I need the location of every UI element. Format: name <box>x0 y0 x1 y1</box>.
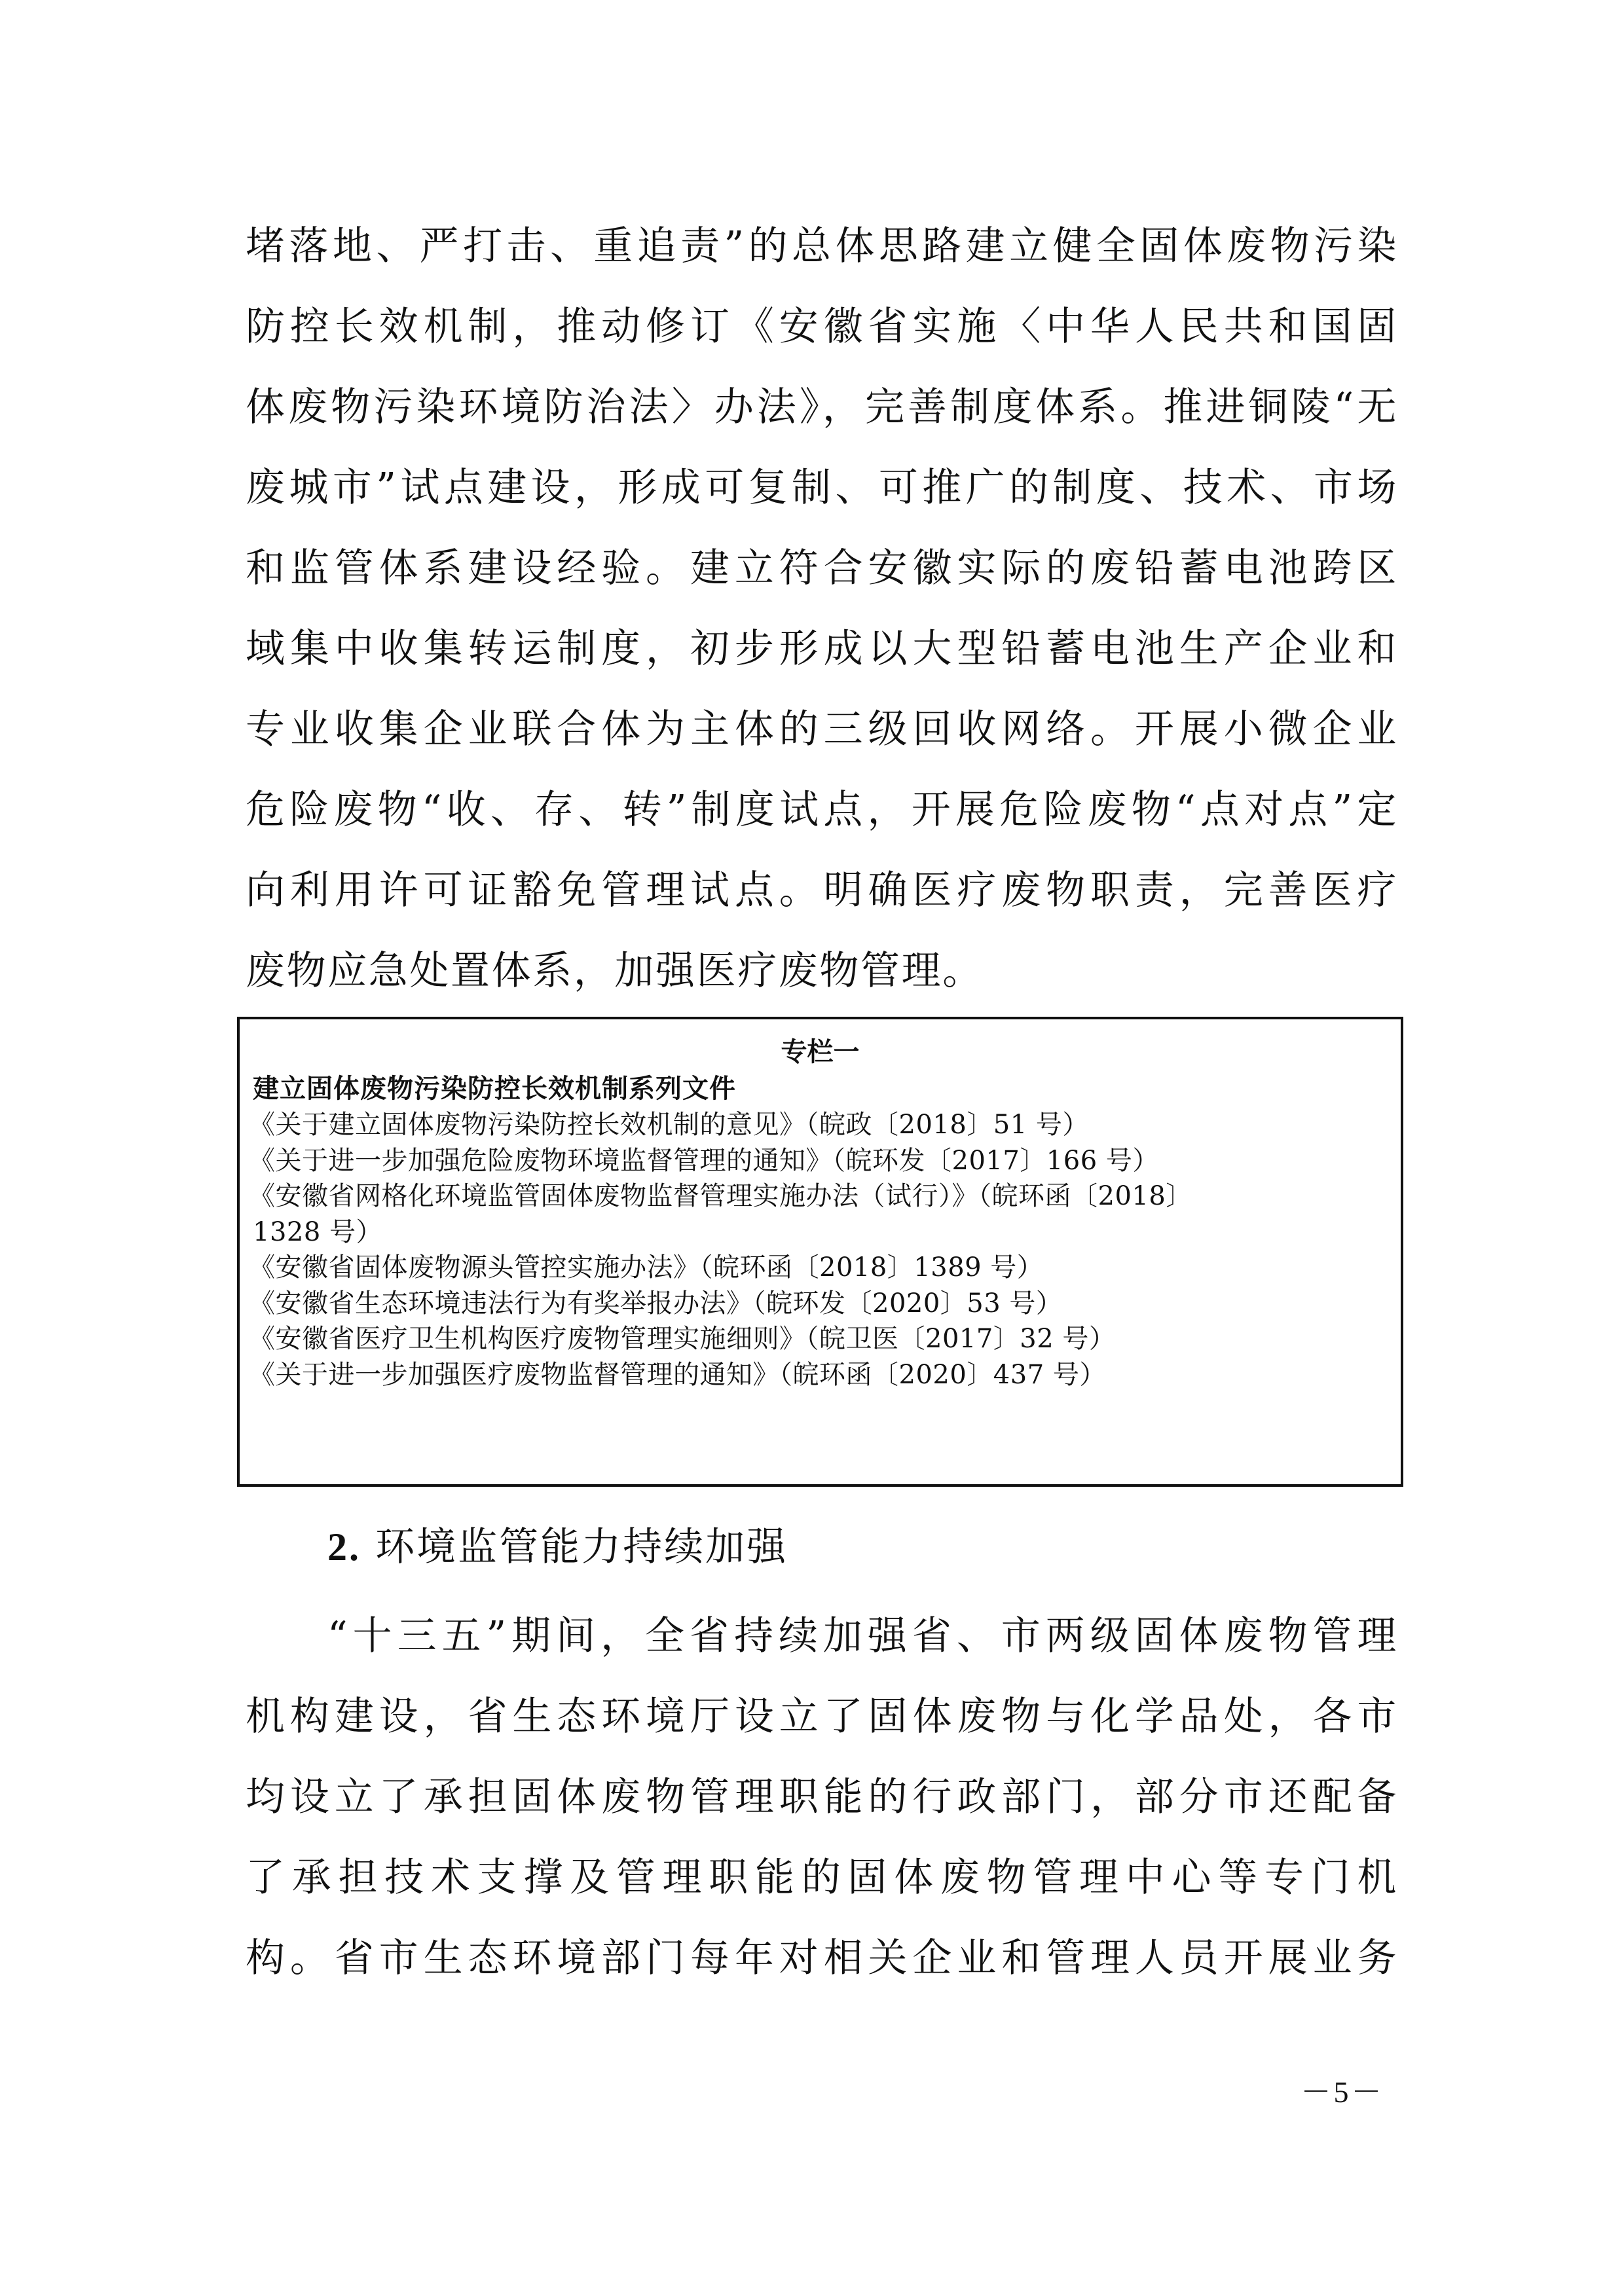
document-list-item: 《安徽省医疗卫生机构医疗废物管理实施细则》（皖卫医〔2017〕32 号） <box>249 1321 1390 1357</box>
paragraph-line: 堵落地、严打击、重追责”的总体思路建立健全固体废物污染 <box>246 206 1398 287</box>
document-list-item-continuation: 1328 号） <box>253 1214 1390 1250</box>
section-number: 2. <box>327 1525 361 1569</box>
paragraph-line: 向利用许可证豁免管理试点。明确医疗废物职责，完善医疗 <box>246 850 1398 931</box>
paragraph-line: “十三五”期间，全省持续加强省、市两级固体废物管理 <box>246 1596 1398 1677</box>
paragraph-line: 构。省市生态环境部门每年对相关企业和管理人员开展业务 <box>246 1918 1398 1999</box>
paragraph-line: 均设立了承担固体废物管理职能的行政部门，部分市还配备 <box>246 1757 1398 1838</box>
paragraph-line: 废物应急处置体系，加强医疗废物管理。 <box>246 931 1398 1011</box>
paragraph-line: 废城市”试点建设，形成可复制、可推广的制度、技术、市场 <box>246 448 1398 528</box>
document-list-item: 《安徽省生态环境违法行为有奖举报办法》（皖环发〔2020〕53 号） <box>249 1286 1390 1322</box>
paragraph-line: 了承担技术支撑及管理职能的固体废物管理中心等专门机 <box>246 1838 1398 1918</box>
paragraph-line: 专业收集企业联合体为主体的三级回收网络。开展小微企业 <box>246 689 1398 770</box>
document-list-item: 《关于建立固体废物污染防控长效机制的意见》（皖政〔2018〕51 号） <box>249 1107 1390 1143</box>
paragraph-line: 危险废物“收、存、转”制度试点，开展危险废物“点对点”定 <box>246 770 1398 850</box>
paragraph-line: 和监管体系建设经验。建立符合安徽实际的废铅蓄电池跨区 <box>246 528 1398 609</box>
paragraph-line: 机构建设，省生态环境厅设立了固体废物与化学品处，各市 <box>246 1677 1398 1757</box>
paragraph-line: 体废物污染环境防治法〉办法》，完善制度体系。推进铜陵“无 <box>246 367 1398 448</box>
page-number: －5－ <box>1297 2073 1388 2112</box>
document-list-item: 《关于进一步加强医疗废物监督管理的通知》（皖环函〔2020〕437 号） <box>249 1357 1390 1393</box>
box-document-list: 《关于建立固体废物污染防控长效机制的意见》（皖政〔2018〕51 号） 《关于进… <box>249 1107 1390 1393</box>
document-list-item: 《关于进一步加强危险废物环境监督管理的通知》（皖环发〔2017〕166 号） <box>249 1143 1390 1179</box>
document-list-item: 《安徽省网格化环境监管固体废物监督管理实施办法（试行）》（皖环函〔2018〕 1… <box>249 1178 1390 1250</box>
paragraph-line: 域集中收集转运制度，初步形成以大型铅蓄电池生产企业和 <box>246 609 1398 689</box>
document-page: 堵落地、严打击、重追责”的总体思路建立健全固体废物污染 防控长效机制，推动修订《… <box>0 0 1624 2296</box>
paragraph-line: 防控长效机制，推动修订《安徽省实施〈中华人民共和国固 <box>246 287 1398 367</box>
document-list-item-text: 《安徽省网格化环境监管固体废物监督管理实施办法（试行）》（皖环函〔2018〕 <box>249 1181 1192 1211</box>
body-paragraph-1: 堵落地、严打击、重追责”的总体思路建立健全固体废物污染 防控长效机制，推动修订《… <box>246 206 1398 1011</box>
box-heading: 建立固体废物污染防控长效机制系列文件 <box>253 1070 736 1107</box>
document-list-item: 《安徽省固体废物源头管控实施办法》（皖环函〔2018〕1389 号） <box>249 1250 1390 1286</box>
section-title: 环境监管能力持续加强 <box>375 1524 788 1570</box>
body-paragraph-2: “十三五”期间，全省持续加强省、市两级固体废物管理 机构建设，省生态环境厅设立了… <box>246 1596 1398 1999</box>
box-title: 专栏一 <box>240 1034 1401 1070</box>
sidebar-box-column-1: 专栏一 建立固体废物污染防控长效机制系列文件 《关于建立固体废物污染防控长效机制… <box>237 1017 1403 1487</box>
section-heading: 2. 环境监管能力持续加强 <box>327 1514 788 1580</box>
